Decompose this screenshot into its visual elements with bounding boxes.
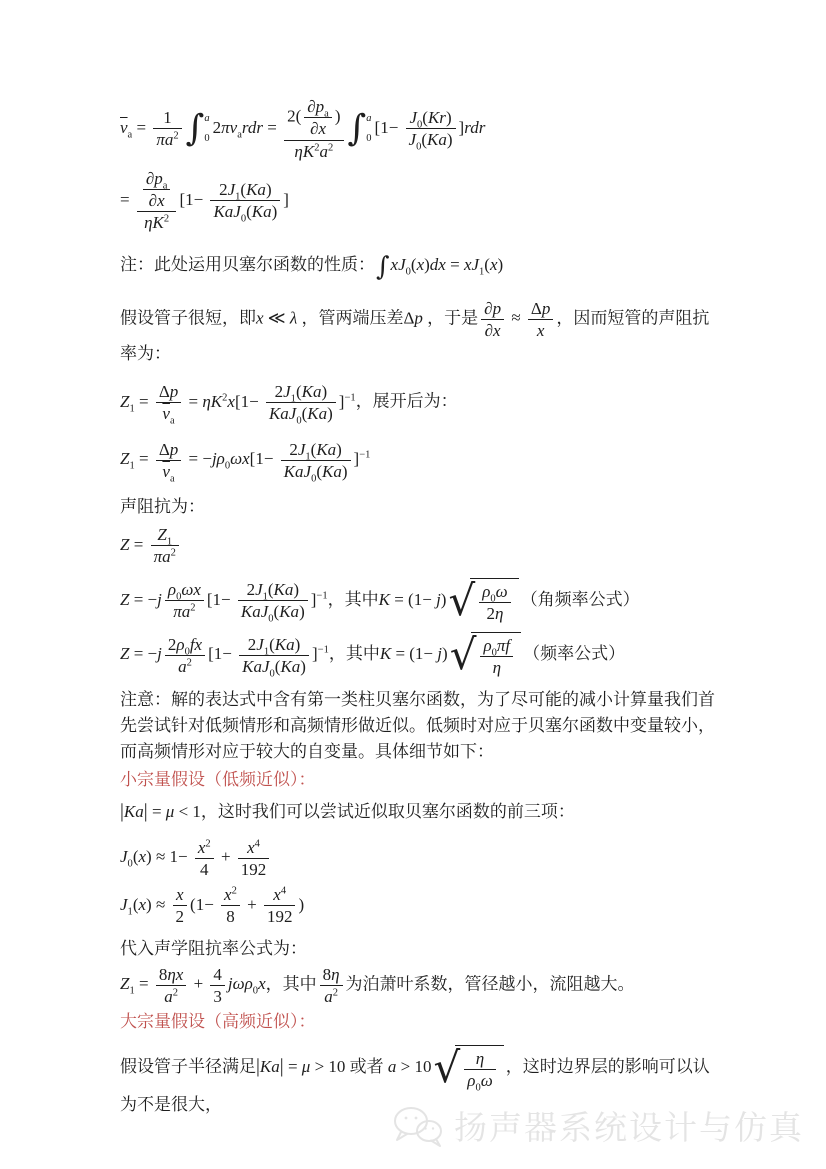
formula-average-velocity-line1: va = 1πa2∫a02πvardr = 2(∂pa∂x)ηK2a2∫a0[1… bbox=[120, 96, 726, 162]
approximation-note-paragraph: 注意：解的表达式中含有第一类柱贝塞尔函数，为了尽可能的减小计算量我们首先尝试针对… bbox=[120, 687, 726, 765]
high-frequency-heading: 大宗量假设（高频近似）： bbox=[120, 1009, 726, 1035]
formula-average-velocity-line2: = ∂pa∂xηK2[1− 2J1(Ka)KaJ0(Ka)] bbox=[120, 168, 726, 234]
watermark-text: 扬声器系统设计与仿真 bbox=[454, 1102, 804, 1149]
acoustic-impedance-label: 声阻抗为： bbox=[120, 494, 726, 520]
angular-frequency-formula: Z = −jρ0ωxπa2[1− 2J1(Ka)KaJ0(Ka)]−1，其中K … bbox=[120, 578, 726, 625]
impedance-rate-expanded-formula: Z1 = Δpva = −jρ0ωx[1− 2J1(Ka)KaJ0(Ka)]−1 bbox=[120, 439, 726, 483]
watermark: 扬声器系统设计与仿真 bbox=[391, 1102, 804, 1149]
small-argument-condition: |Ka| = μ < 1，这时我们可以尝试近似取贝塞尔函数的前三项： bbox=[120, 799, 726, 825]
poiseuille-coefficient-formula: Z1 = 8ηxa2 + 43jωρ0x，其中8ηa2为泊萧叶系数，管径越小，流… bbox=[120, 964, 726, 1008]
bessel-j1-approximation: J1(x) ≈ x2(1− x28 + x4192) bbox=[120, 884, 726, 928]
wechat-logo-icon bbox=[391, 1104, 445, 1148]
document-page: va = 1πa2∫a02πvardr = 2(∂pa∂x)ηK2a2∫a0[1… bbox=[0, 0, 826, 1118]
substitute-impedance-label: 代入声学阻抗率公式为： bbox=[120, 936, 726, 962]
frequency-formula: Z = −j2ρ0fxa2[1− 2J1(Ka)KaJ0(Ka)]−1，其中K … bbox=[120, 632, 726, 679]
acoustic-impedance-formula: Z = Z1πa2 bbox=[120, 524, 726, 568]
bessel-j0-approximation: J0(x) ≈ 1− x24 + x4192 bbox=[120, 837, 726, 881]
low-frequency-heading: 小宗量假设（低频近似）： bbox=[120, 767, 726, 793]
bessel-property-note: 注：此处运用贝塞尔函数的性质：∫xJ0(x)dx = xJ1(x) bbox=[120, 252, 726, 280]
short-tube-paragraph: 假设管子很短，即x ≪ λ ，管两端压差Δp ，于是∂p∂x ≈ Δpx，因而短… bbox=[120, 298, 726, 368]
impedance-rate-formula: Z1 = Δpva = ηK2x[1− 2J1(Ka)KaJ0(Ka)]−1，展… bbox=[120, 381, 726, 425]
